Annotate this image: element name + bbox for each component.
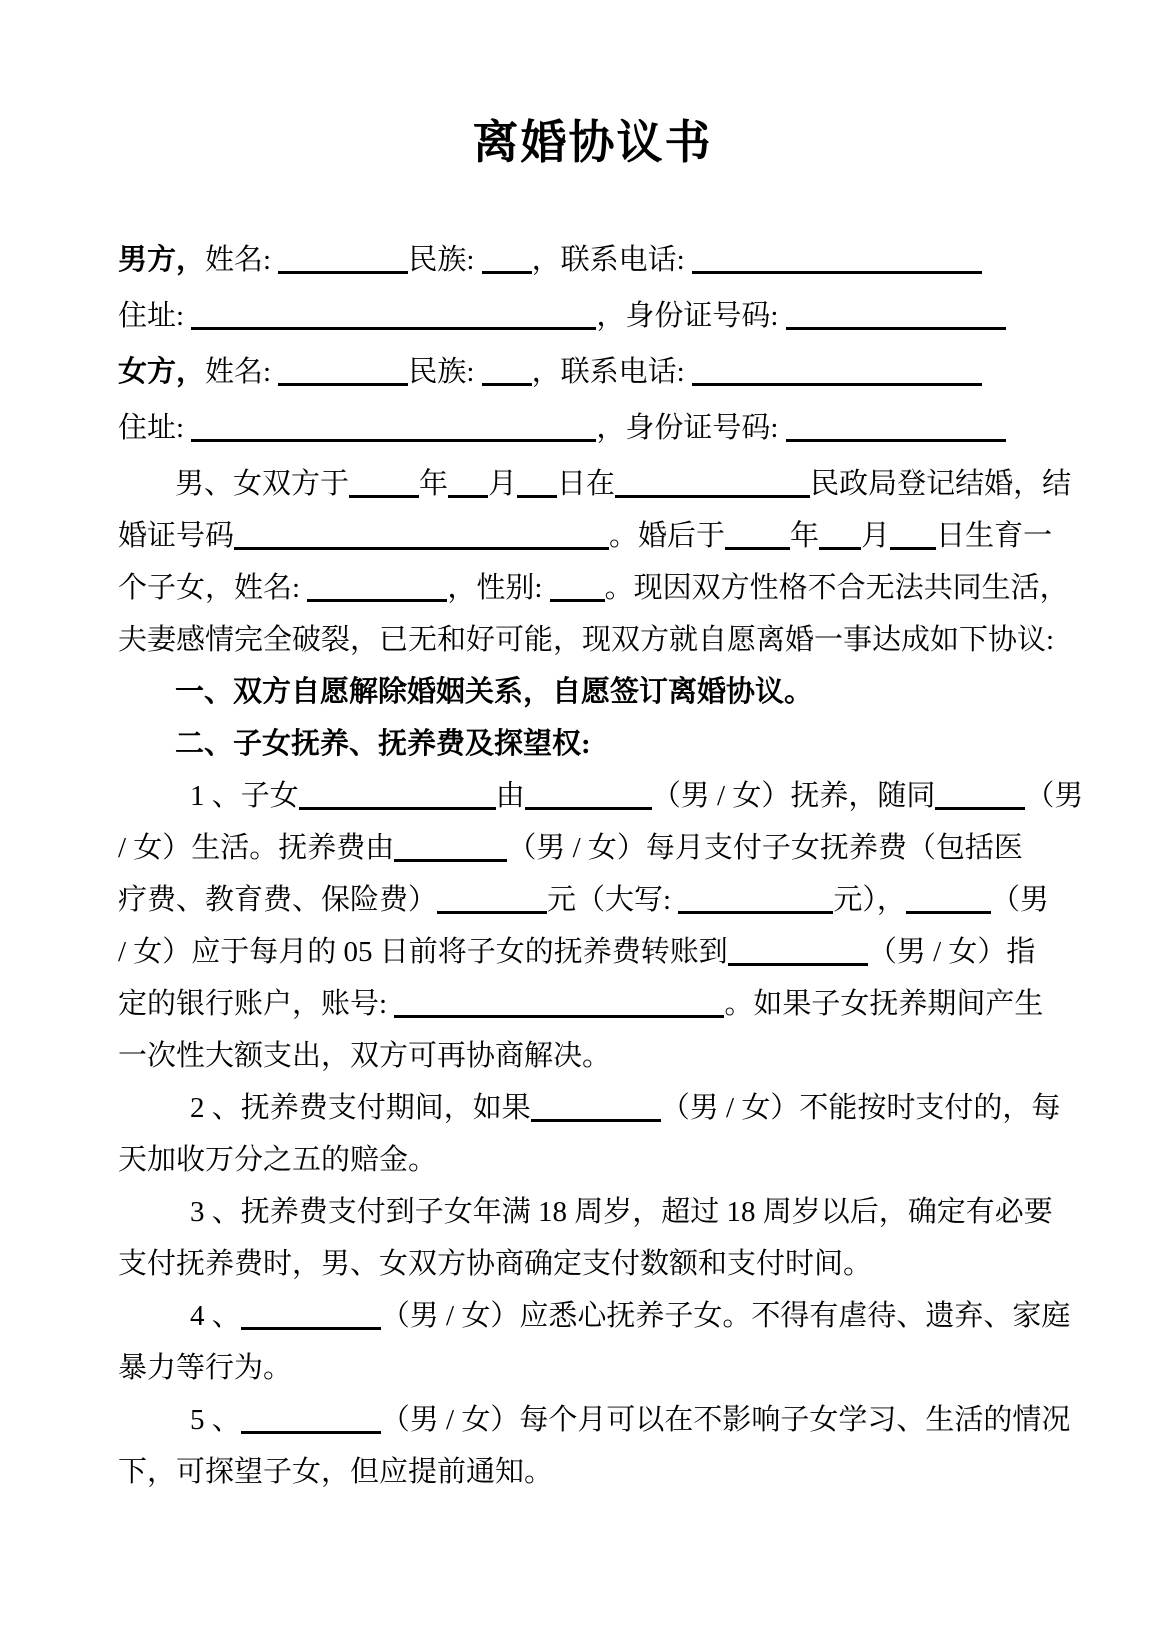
document-line-12: / 女）生活。抚养费由（男 / 女）每月支付子女抚养费（包括医 bbox=[118, 822, 1067, 874]
blank-field bbox=[278, 383, 408, 386]
text-run: ，身份证号码: bbox=[596, 412, 785, 444]
blank-field bbox=[517, 495, 557, 498]
text-run: 日在 bbox=[557, 468, 615, 500]
text-run: 暴力等行为。 bbox=[118, 1352, 292, 1384]
text-run: （男 / 女）不能按时支付的，每 bbox=[661, 1092, 1061, 1124]
text-run: （男 bbox=[991, 884, 1049, 916]
blank-field bbox=[394, 859, 507, 862]
text-run: 姓名: bbox=[205, 356, 278, 388]
blank-field bbox=[725, 547, 790, 550]
document-line-3: 女方，姓名: 民族: ，联系电话: bbox=[118, 346, 1067, 398]
document-line-9: 一、双方自愿解除婚姻关系，自愿签订离婚协议。 bbox=[118, 666, 1067, 718]
text-run: 定的银行账户，账号: bbox=[118, 988, 394, 1020]
document-line-6: 婚证号码。婚后于年月日生育一 bbox=[118, 510, 1067, 562]
text-run: （男 / 女）指 bbox=[868, 936, 1036, 968]
text-run: 支付抚养费时，男、女双方协商确定支付数额和支付时间。 bbox=[118, 1248, 872, 1280]
document-line-18: 天加收万分之五的赔金。 bbox=[118, 1134, 1067, 1186]
blank-field bbox=[531, 1119, 661, 1122]
text-run: 日生育一 bbox=[936, 520, 1052, 552]
text-run: 5 、 bbox=[190, 1404, 241, 1436]
text-run: 住址: bbox=[118, 300, 191, 332]
text-run: 民族: bbox=[408, 244, 481, 276]
text-run: 元（大写: bbox=[547, 884, 678, 916]
blank-field bbox=[448, 495, 488, 498]
text-run: 疗费、教育费、保险费） bbox=[118, 884, 437, 916]
document-line-14: / 女）应于每月的 05 日前将子女的抚养费转账到（男 / 女）指 bbox=[118, 926, 1067, 978]
text-run: 。现因双方性格不合无法共同生活， bbox=[605, 572, 1069, 604]
document-line-15: 定的银行账户，账号: 。如果子女抚养期间产生 bbox=[118, 978, 1067, 1030]
document-line-21: 4 、（男 / 女）应悉心抚养子女。不得有虐待、遗弃、家庭 bbox=[118, 1290, 1067, 1342]
document-line-16: 一次性大额支出，双方可再协商解决。 bbox=[118, 1030, 1067, 1082]
text-run: （男 / 女）每月支付子女抚养费（包括医 bbox=[507, 832, 1023, 864]
text-run: 4 、 bbox=[190, 1300, 241, 1332]
blank-field bbox=[935, 807, 1025, 810]
blank-field bbox=[241, 1327, 381, 1330]
text-run: 女方， bbox=[118, 356, 205, 388]
text-run: 由 bbox=[496, 780, 525, 812]
document-line-2: 住址: ，身份证号码: bbox=[118, 290, 1067, 342]
blank-field bbox=[349, 495, 419, 498]
text-run: ，联系电话: bbox=[532, 244, 692, 276]
blank-field bbox=[525, 807, 652, 810]
blank-field bbox=[234, 547, 609, 550]
text-run: 男方， bbox=[118, 244, 205, 276]
document-line-10: 二、子女抚养、抚养费及探望权: bbox=[118, 718, 1067, 770]
blank-field bbox=[550, 599, 605, 602]
text-run: 月 bbox=[861, 520, 890, 552]
text-run: 一、双方自愿解除婚姻关系，自愿签订离婚协议。 bbox=[175, 676, 813, 708]
blank-field bbox=[819, 547, 861, 550]
text-run: 年 bbox=[790, 520, 819, 552]
text-run: 月 bbox=[488, 468, 517, 500]
text-run: 天加收万分之五的赔金。 bbox=[118, 1144, 437, 1176]
blank-field bbox=[394, 1015, 724, 1018]
blank-field bbox=[692, 271, 982, 274]
document-line-22: 暴力等行为。 bbox=[118, 1342, 1067, 1394]
document-title: 离婚协议书 bbox=[118, 112, 1067, 174]
text-run: 下，可探望子女，但应提前通知。 bbox=[118, 1456, 553, 1488]
text-run: 夫妻感情完全破裂，已无和好可能，现双方就自愿离婚一事达成如下协议: bbox=[118, 624, 1054, 656]
text-run: 婚证号码 bbox=[118, 520, 234, 552]
text-run: 。婚后于 bbox=[609, 520, 725, 552]
blank-field bbox=[278, 271, 408, 274]
blank-field bbox=[786, 439, 1006, 442]
document-line-20: 支付抚养费时，男、女双方协商确定支付数额和支付时间。 bbox=[118, 1238, 1067, 1290]
blank-field bbox=[191, 439, 596, 442]
blank-field bbox=[482, 383, 532, 386]
text-run: 男、女双方于 bbox=[175, 468, 349, 500]
text-run: 二、子女抚养、抚养费及探望权: bbox=[175, 728, 591, 760]
document-line-24: 下，可探望子女，但应提前通知。 bbox=[118, 1446, 1067, 1498]
text-run: 民族: bbox=[408, 356, 481, 388]
blank-field bbox=[307, 599, 447, 602]
document-line-7: 个子女，姓名: ，性别: 。现因双方性格不合无法共同生活， bbox=[118, 562, 1067, 614]
text-run: （男 bbox=[1025, 780, 1083, 812]
document-line-23: 5 、（男 / 女）每个月可以在不影响子女学习、生活的情况 bbox=[118, 1394, 1067, 1446]
blank-field bbox=[615, 495, 810, 498]
text-run: 。如果子女抚养期间产生 bbox=[724, 988, 1043, 1020]
text-run: 元）， bbox=[833, 884, 906, 916]
text-run: 年 bbox=[419, 468, 448, 500]
text-run: / 女）应于每月的 05 日前将子女的抚养费转账到 bbox=[118, 936, 728, 968]
text-run: （男 / 女）每个月可以在不影响子女学习、生活的情况 bbox=[381, 1404, 1071, 1436]
text-run: / 女）生活。抚养费由 bbox=[118, 832, 394, 864]
blank-field bbox=[482, 271, 532, 274]
blank-field bbox=[728, 963, 868, 966]
blank-field bbox=[678, 911, 833, 914]
text-run: ，身份证号码: bbox=[596, 300, 785, 332]
document-line-11: 1 、子女由（男 / 女）抚养，随同（男 bbox=[118, 770, 1067, 822]
text-run: 个子女，姓名: bbox=[118, 572, 307, 604]
text-run: 住址: bbox=[118, 412, 191, 444]
text-run: 一次性大额支出，双方可再协商解决。 bbox=[118, 1040, 611, 1072]
text-run: 民政局登记结婚，结 bbox=[810, 468, 1071, 500]
text-run: （男 / 女）抚养，随同 bbox=[652, 780, 936, 812]
text-run: 2 、抚养费支付期间，如果 bbox=[190, 1092, 531, 1124]
text-run: （男 / 女）应悉心抚养子女。不得有虐待、遗弃、家庭 bbox=[381, 1300, 1071, 1332]
blank-field bbox=[299, 807, 496, 810]
blank-field bbox=[692, 383, 982, 386]
text-run: ，性别: bbox=[447, 572, 549, 604]
blank-field bbox=[241, 1431, 381, 1434]
document-line-1: 男方，姓名: 民族: ，联系电话: bbox=[118, 234, 1067, 286]
document-line-19: 3 、抚养费支付到子女年满 18 周岁，超过 18 周岁以后，确定有必要 bbox=[118, 1186, 1067, 1238]
text-run: ，联系电话: bbox=[532, 356, 692, 388]
document-line-4: 住址: ，身份证号码: bbox=[118, 402, 1067, 454]
text-run: 1 、子女 bbox=[190, 780, 299, 812]
document-line-5: 男、女双方于年月日在民政局登记结婚，结 bbox=[118, 458, 1067, 510]
blank-field bbox=[437, 911, 547, 914]
text-run: 3 、抚养费支付到子女年满 18 周岁，超过 18 周岁以后，确定有必要 bbox=[190, 1196, 1053, 1228]
page: 离婚协议书 男方，姓名: 民族: ，联系电话: 住址: ，身份证号码: 女方，姓… bbox=[0, 0, 1167, 1651]
blank-field bbox=[890, 547, 936, 550]
blank-field bbox=[786, 327, 1006, 330]
text-run: 姓名: bbox=[205, 244, 278, 276]
blank-field bbox=[191, 327, 596, 330]
document-line-8: 夫妻感情完全破裂，已无和好可能，现双方就自愿离婚一事达成如下协议: bbox=[118, 614, 1067, 666]
document-line-17: 2 、抚养费支付期间，如果（男 / 女）不能按时支付的，每 bbox=[118, 1082, 1067, 1134]
document-line-13: 疗费、教育费、保险费）元（大写: 元），（男 bbox=[118, 874, 1067, 926]
document-body: 男方，姓名: 民族: ，联系电话: 住址: ，身份证号码: 女方，姓名: 民族:… bbox=[118, 234, 1067, 1498]
blank-field bbox=[906, 911, 991, 914]
